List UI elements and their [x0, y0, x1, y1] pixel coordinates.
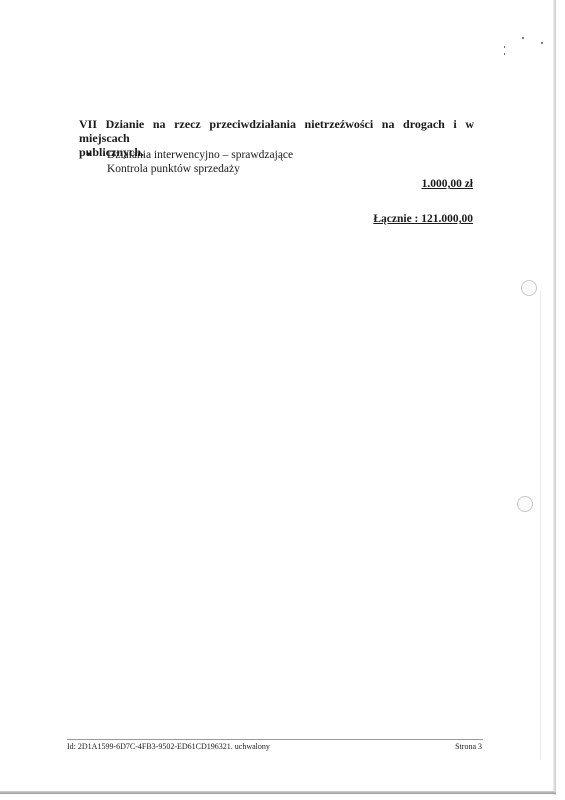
- bullet-item: •Działania interwencyjno – sprawdzające: [87, 148, 293, 162]
- scan-speck: [504, 46, 505, 48]
- footer-page-number: Strona 3: [455, 742, 482, 751]
- footer-rule: [67, 739, 483, 740]
- bullet-subtitle: Kontrola punktów sprzedaży: [107, 162, 240, 176]
- page-right-edge: [553, 0, 556, 795]
- total-amount: Łącznie : 121.000,00: [373, 213, 473, 225]
- bullet-icon: •: [87, 148, 107, 162]
- scan-speck: [504, 53, 505, 55]
- section-heading-line1: VII Dzianie na rzecz przeciwdziałania ni…: [79, 117, 474, 145]
- scan-speck: [522, 37, 524, 39]
- punch-hole-bottom: [517, 496, 533, 512]
- footer-document-id: Id: 2D1A1599-6D7C-4FB3-9502-ED61CD196321…: [67, 742, 270, 751]
- item-amount: 1.000,00 zł: [422, 178, 473, 190]
- scan-fold-line: [540, 290, 541, 760]
- scan-speck: [541, 42, 543, 44]
- page-bottom-edge: [0, 791, 556, 794]
- punch-hole-top: [521, 280, 537, 296]
- bullet-title: Działania interwencyjno – sprawdzające: [107, 149, 293, 161]
